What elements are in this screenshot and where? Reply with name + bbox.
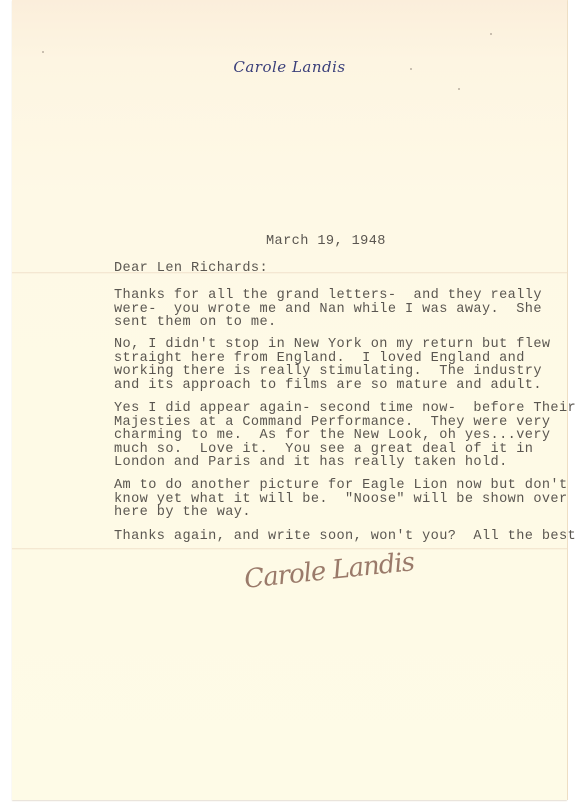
paragraph-eagle-lion: Am to do another picture for Eagle Lion … <box>114 479 568 520</box>
letter-date: March 19, 1948 <box>266 235 386 249</box>
paper-speck <box>458 88 460 90</box>
handwritten-signature: Carole Landis <box>243 547 415 595</box>
paragraph-closing: Thanks again, and write soon, won't you?… <box>114 530 576 544</box>
paragraph-command-performance: Yes I did appear again- second time now-… <box>114 402 576 470</box>
fold-line <box>12 548 567 550</box>
fold-line <box>12 272 567 274</box>
salutation: Dear Len Richards: <box>114 262 268 276</box>
paper-speck <box>410 68 412 70</box>
letter-paper: Carole Landis March 19, 1948 Dear Len Ri… <box>12 0 567 800</box>
paper-speck <box>490 33 492 35</box>
paper-speck <box>42 51 44 53</box>
letterhead-name: Carole Landis <box>12 58 567 76</box>
paragraph-thanks-letters: Thanks for all the grand letters- and th… <box>114 289 542 330</box>
paragraph-england: No, I didn't stop in New York on my retu… <box>114 338 550 392</box>
